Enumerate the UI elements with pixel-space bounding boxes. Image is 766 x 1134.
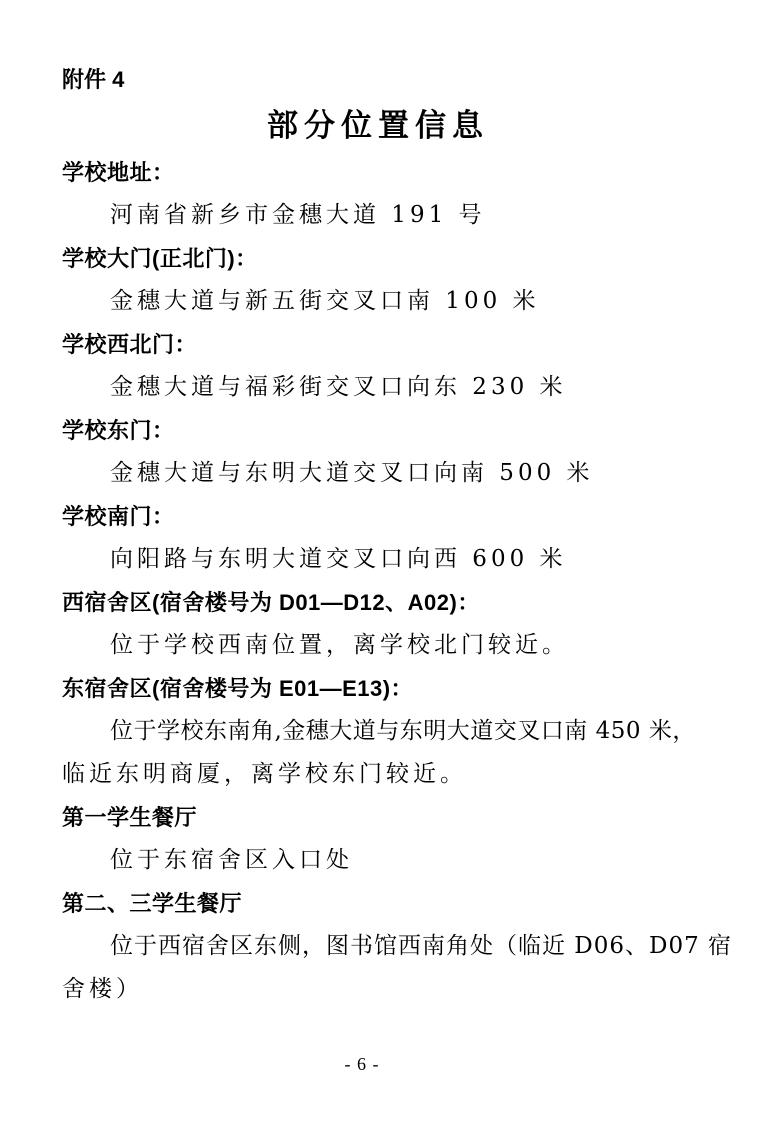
body-line: 临近东明商厦，离学校东门较近。 (62, 753, 710, 796)
section-first-canteen: 第一学生餐厅 位于东宿舍区入口处 (62, 796, 710, 882)
section-east-dorm-area: 东宿舍区(宿舍楼号为 E01—E13)： 位于学校东南角,金穗大道与东明大道交叉… (62, 667, 710, 796)
body-line: 金穗大道与东明大道交叉口向南 500 米 (62, 452, 710, 495)
document-page: 附件 4 部分位置信息 学校地址： 河南省新乡市金穗大道 191 号 学校大门(… (0, 0, 766, 1134)
section-heading: 第一学生餐厅 (62, 796, 710, 839)
section-second-third-canteen: 第二、三学生餐厅 位于西宿舍区东侧，图书馆西南角处（临近 D06、D07 宿 舍… (62, 882, 710, 1011)
body-line: 金穗大道与新五街交叉口南 100 米 (62, 280, 710, 323)
section-heading: 东宿舍区(宿舍楼号为 E01—E13)： (62, 667, 710, 710)
section-school-address: 学校地址： 河南省新乡市金穗大道 191 号 (62, 151, 710, 237)
section-heading: 学校大门(正北门)： (62, 237, 710, 280)
body-line: 向阳路与东明大道交叉口向西 600 米 (62, 538, 710, 581)
section-northwest-gate: 学校西北门： 金穗大道与福彩街交叉口向东 230 米 (62, 323, 710, 409)
page-number: - 6 - (38, 1043, 686, 1086)
section-west-dorm-area: 西宿舍区(宿舍楼号为 D01—D12、A02)： 位于学校西南位置，离学校北门较… (62, 581, 710, 667)
body-line: 位于东宿舍区入口处 (62, 839, 710, 882)
section-heading: 学校地址： (62, 151, 710, 194)
section-east-gate: 学校东门： 金穗大道与东明大道交叉口向南 500 米 (62, 409, 710, 495)
section-main-gate: 学校大门(正北门)： 金穗大道与新五街交叉口南 100 米 (62, 237, 710, 323)
body-line: 位于学校东南角,金穗大道与东明大道交叉口南 450 米， (62, 710, 710, 753)
section-heading: 学校西北门： (62, 323, 710, 366)
page-title: 部分位置信息 (54, 101, 702, 151)
section-south-gate: 学校南门： 向阳路与东明大道交叉口向西 600 米 (62, 495, 710, 581)
attachment-label: 附件 4 (62, 58, 710, 101)
body-line: 河南省新乡市金穗大道 191 号 (62, 194, 710, 237)
section-heading: 学校南门： (62, 495, 710, 538)
section-heading: 第二、三学生餐厅 (62, 882, 710, 925)
body-line: 位于西宿舍区东侧，图书馆西南角处（临近 D06、D07 宿 (62, 925, 710, 968)
body-line: 位于学校西南位置，离学校北门较近。 (62, 624, 710, 667)
section-heading: 西宿舍区(宿舍楼号为 D01—D12、A02)： (62, 581, 710, 624)
section-heading: 学校东门： (62, 409, 710, 452)
body-line: 金穗大道与福彩街交叉口向东 230 米 (62, 366, 710, 409)
body-line: 舍楼） (62, 968, 710, 1011)
